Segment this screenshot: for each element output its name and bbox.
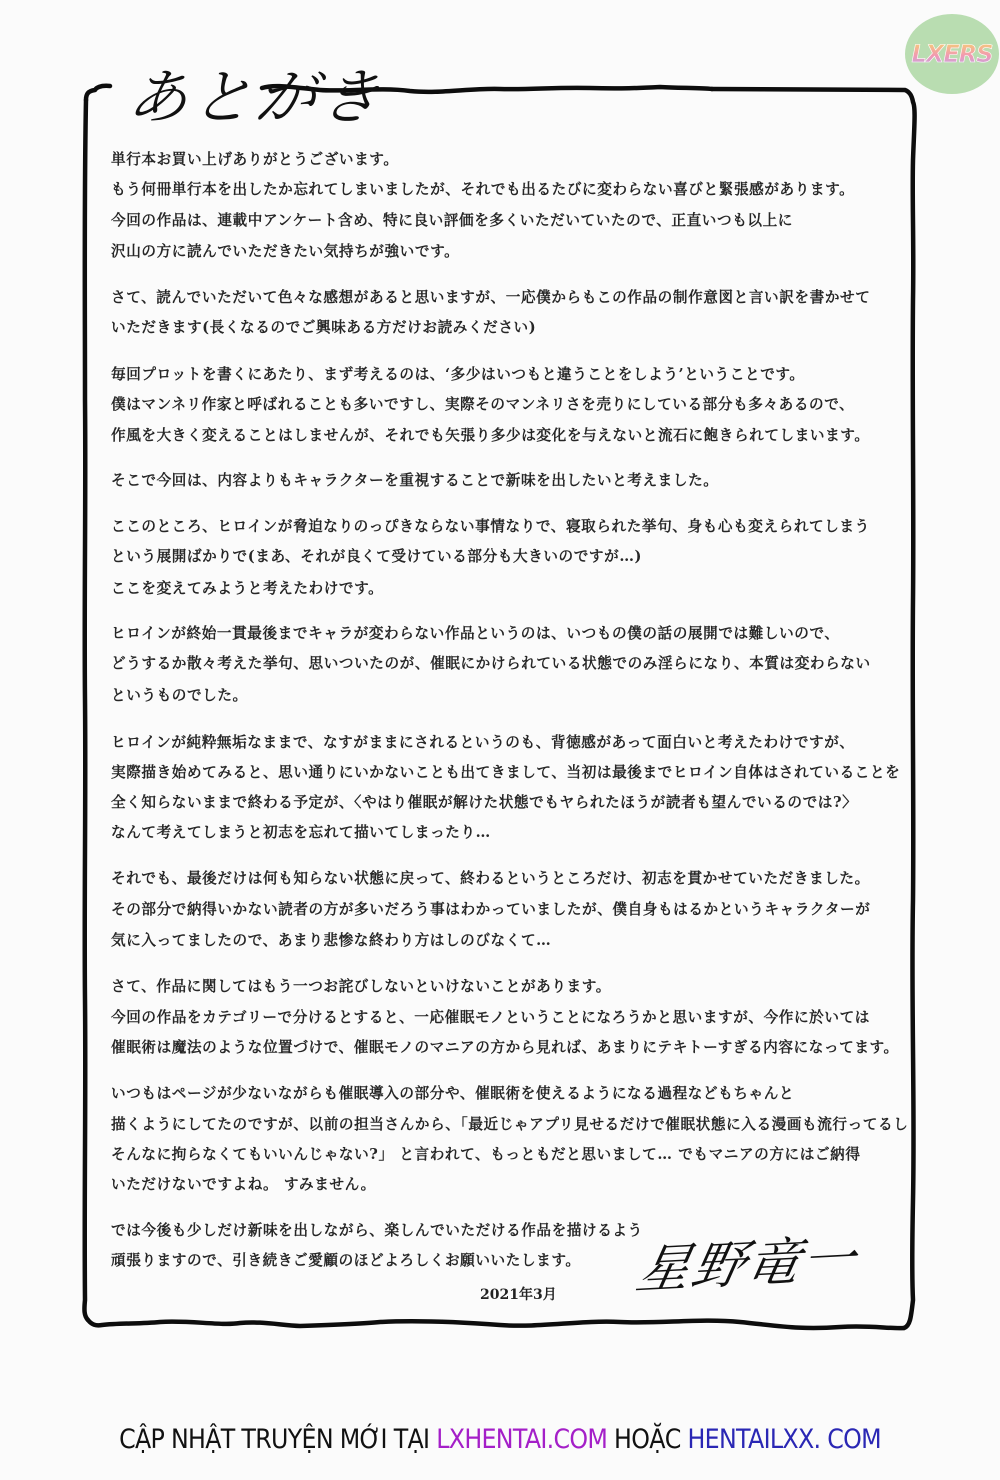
text-line: そんなに拘らなくてもいいんじゃない?」 と言われて、もっともだと思いまして… で…: [111, 1145, 861, 1165]
text-line: それでも、最後だけは何も知らない状態に戻って、終わるというところだけ、初志を貫か…: [111, 869, 870, 889]
text-line: 今回の作品は、連載中アンケート含め、特に良い評価を多くいただいていたので、正直い…: [111, 211, 793, 231]
text-line: ここを変えてみようと考えたわけです。: [111, 579, 383, 599]
text-line: 沢山の方に読んでいただきたい気持ちが強いです。: [111, 242, 459, 262]
text-line: いつもはページが少ないながらも催眠導入の部分や、催眠術を使えるようになる過程など…: [111, 1084, 794, 1104]
lxers-watermark-label: LXERS: [912, 40, 993, 68]
lxers-watermark-badge: LXERS: [905, 14, 999, 94]
text-line: ヒロインが終始一貫最後までキャラが変わらない作品というのは、いつもの僕の話の展開…: [111, 624, 840, 644]
date-label: 2021年3月: [480, 1284, 557, 1304]
text-line: さて、読んでいただいて色々な感想があると思いますが、一応僕からもこの作品の制作意…: [111, 288, 870, 308]
text-line: どうするか散々考えた挙句、思いついたのが、催眠にかけられている状態でのみ淫らにな…: [111, 654, 871, 674]
text-line: 毎回プロットを書くにあたり、まず考えるのは、‘多少はいつもと違うことをしよう’と…: [111, 365, 805, 385]
promo-footer: CẬP NHẬT TRUYỆN MỚI TẠI LXHENTAI.COM HOẶ…: [60, 1424, 940, 1455]
footer-middle: HOẶC: [607, 1424, 687, 1455]
text-line: 全く知らないままで終わる予定が、〈やはり催眠が解けた状態でもヤられたほうが読者も…: [111, 793, 857, 813]
text-line: 催眠術は魔法のような位置づけで、催眠モノのマニアの方から見れば、あまりにテキトー…: [111, 1038, 899, 1058]
author-signature: 星野竜一: [631, 1216, 864, 1302]
text-line: 描くようにしてたのですが、以前の担当さんから、「最近じゃアプリ見せるだけで催眠状…: [111, 1115, 908, 1135]
text-line: 作風を大きく変えることはしませんが、それでも矢張り多少は変化を与えないと流石に飽…: [111, 426, 870, 446]
text-line: ヒロインが純粋無垢なままで、なすがままにされるというのも、背徳感があって面白いと…: [111, 733, 855, 753]
footer-site-link-2[interactable]: HENTAILXX. COM: [688, 1424, 881, 1455]
text-line: 気に入ってましたので、あまり悲惨な終わり方はしのびなくて…: [111, 931, 551, 951]
text-line: さて、作品に関してはもう一つお詫びしないといけないことがあります。: [111, 977, 611, 997]
text-line: 単行本お買い上げありがとうございます。: [111, 150, 399, 170]
text-line: 僕はマンネリ作家と呼ばれることも多いですし、実際そのマンネリさを売りにしている部…: [111, 395, 854, 415]
page-title: あとがき: [124, 58, 388, 138]
text-line: 今回の作品をカテゴリーで分けるとすると、一応催眠モノということになろうかと思いま…: [111, 1008, 870, 1028]
text-line: なんて考えてしまうと初志を忘れて描いてしまったり…: [111, 823, 491, 843]
text-line: ここのところ、ヒロインが脅迫なりのっぴきならない事情なりで、寝取られた挙句、身も…: [111, 517, 870, 537]
text-line: もう何冊単行本を出したか忘れてしまいましたが、それでも出るたびに変わらない喜びと…: [111, 180, 854, 200]
footer-site-link-1[interactable]: LXHENTAI.COM: [436, 1424, 607, 1455]
text-line: いただけないですよね。 すみません。: [111, 1175, 376, 1195]
text-line: というものでした。: [111, 686, 248, 706]
text-line: 頑張りますので、引き続きご愛顧のほどよろしくお願いいたします。: [111, 1251, 581, 1271]
text-line: という展開ばかりで(まあ、それが良くて受けている部分も大きいのですが…): [111, 547, 642, 567]
text-line: その部分で納得いかない読者の方が多いだろう事はわかっていましたが、僕自身もはるか…: [111, 900, 870, 920]
footer-prefix: CẬP NHẬT TRUYỆN MỚI TẠI: [119, 1424, 436, 1455]
text-line: 実際描き始めてみると、思い通りにいかないことも出てきまして、当初は最後までヒロイ…: [111, 763, 900, 783]
text-line: では今後も少しだけ新味を出しながら、楽しんでいただける作品を描けるよう: [111, 1221, 643, 1241]
text-line: そこで今回は、内容よりもキャラクターを重視することで新味を出したいと考えました。: [111, 471, 718, 491]
text-line: いただきます(長くなるのでご興味ある方だけお読みください): [111, 318, 536, 338]
